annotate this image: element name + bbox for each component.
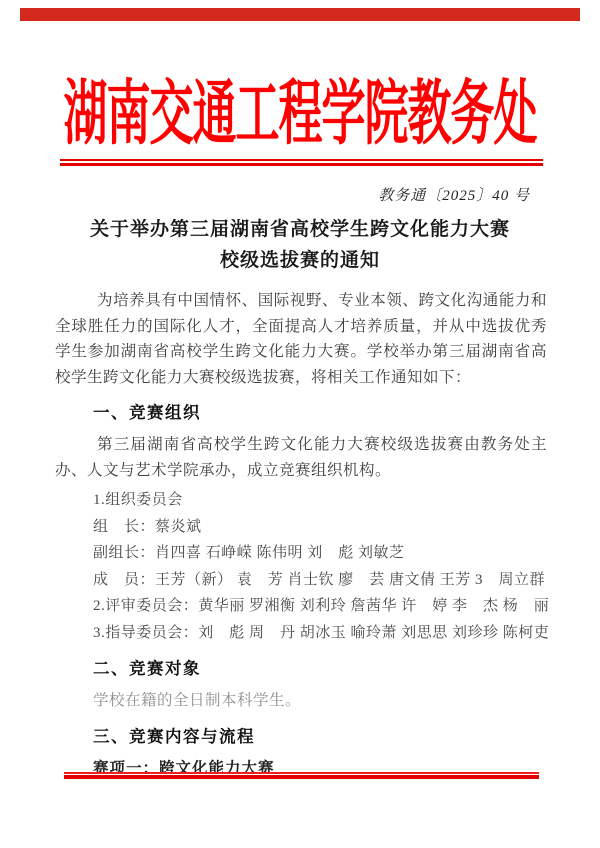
intro-paragraph: 为培养具有中国情怀、国际视野、专业本领、跨文化沟通能力和全球胜任力的国际化人才，… <box>55 288 547 390</box>
section2-heading: 二、竞赛对象 <box>55 657 547 681</box>
notice-title-line2: 校级选拔赛的通知 <box>0 245 600 276</box>
section2-paragraph: 学校在籍的全日制本科学生。 <box>55 688 547 714</box>
committee-line: 1.组织委员会 <box>55 487 547 514</box>
top-red-bar <box>20 8 580 21</box>
committee-line: 2.评审委员会：黄华丽 罗湘衡 刘利玲 詹茜华 许 婷 李 杰 杨 丽 <box>55 593 547 620</box>
notice-title: 关于举办第三届湖南省高校学生跨文化能力大赛 校级选拔赛的通知 <box>0 214 600 276</box>
section1-paragraph: 第三届湖南省高校学生跨文化能力大赛校级选拔赛由教务处主办、人文与艺术学院承办，成… <box>55 432 547 484</box>
committee-line: 副组长：肖四喜 石峥嵘 陈伟明 刘 彪 刘敏芝 <box>55 540 547 567</box>
committee-list: 1.组织委员会 组 长：蔡炎斌 副组长：肖四喜 石峥嵘 陈伟明 刘 彪 刘敏芝 … <box>55 487 547 646</box>
committee-line: 组 长：蔡炎斌 <box>55 514 547 541</box>
committee-line: 3.指导委员会：刘 彪 周 丹 胡冰玉 喻玲萧 刘思思 刘珍珍 陈柯吏 <box>55 620 547 647</box>
doc-number: 教务通〔2025〕40 号 <box>378 184 530 205</box>
section1-heading: 一、竞赛组织 <box>55 401 547 425</box>
masthead-title: 湖南交通工程学院教务处 <box>0 80 600 150</box>
section3-heading: 三、竞赛内容与流程 <box>55 725 547 749</box>
masthead-divider <box>60 159 543 166</box>
committee-line: 成 员：王芳（新） 袁 芳 肖士钦 廖 芸 唐文倩 王芳 3 周立群 <box>55 567 547 594</box>
notice-body: 为培养具有中国情怀、国际视野、专业本领、跨文化沟通能力和全球胜任力的国际化人才，… <box>55 288 547 782</box>
notice-title-line1: 关于举办第三届湖南省高校学生跨文化能力大赛 <box>0 214 600 245</box>
bottom-red-divider <box>64 772 539 779</box>
notice-page: 湖南交通工程学院教务处 教务通〔2025〕40 号 关于举办第三届湖南省高校学生… <box>0 0 600 848</box>
